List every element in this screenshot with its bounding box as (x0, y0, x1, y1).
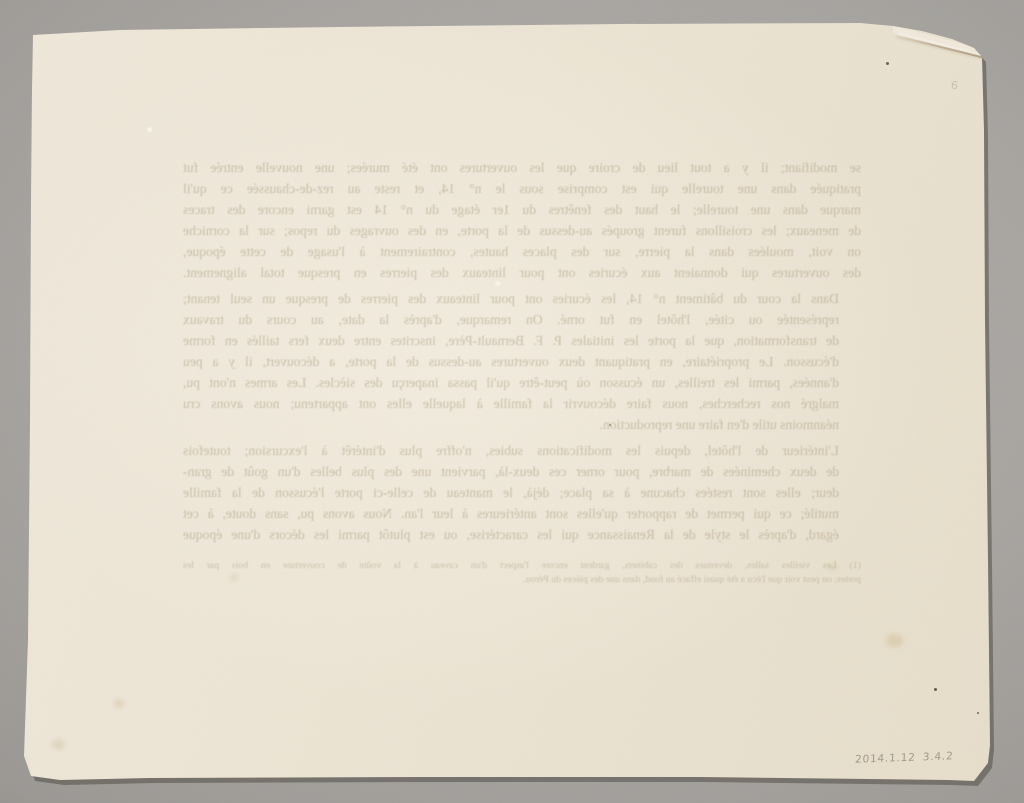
bleed-line: L'intérieur de l'hôtel, depuis les modif… (183, 440, 861, 461)
bleed-line: d'écusson. Le propriétaire, en pratiquan… (183, 351, 861, 372)
pencil-accession-number: 2014.1.12 3.4.2 (855, 750, 954, 765)
foxing-spot (114, 699, 124, 708)
foxing-spot (828, 564, 837, 571)
foxing-spot (230, 574, 238, 581)
bleed-line: néanmoins utile d'en faire une reproduct… (183, 414, 861, 435)
bleed-paragraph-3: L'intérieur de l'hôtel, depuis les modif… (183, 440, 861, 545)
bleed-line: Dans la cour du bâtiment n° 14, les écur… (183, 288, 861, 309)
bleed-line: représentée ou citée, l'hôtel en fut orn… (183, 309, 861, 330)
bleed-line: d'années, parmi les treilles, un écusson… (183, 372, 861, 393)
ink-speck (977, 712, 979, 714)
bleed-through-text: se modifiant; il y a tout lieu de croire… (183, 152, 861, 586)
bleed-paragraph-1: se modifiant; il y a tout lieu de croire… (183, 157, 861, 283)
footnote-line: portes; on peut voir que l'écu a été qua… (264, 573, 861, 587)
bleed-line: se modifiant; il y a tout lieu de croire… (183, 157, 861, 178)
bleed-line: pratiquée dans une tourelle qui est comp… (183, 178, 861, 199)
bleed-line: deur; elles sont restées chacune à sa pl… (183, 482, 861, 503)
scanned-photo: se modifiant; il y a tout lieu de croire… (0, 0, 1024, 803)
footnote-line: (1) Les vieilles salles, devenues des ca… (183, 559, 861, 573)
bleed-line: malgré nos recherches, nous faire découv… (183, 393, 861, 414)
paper-speck (147, 127, 152, 132)
foxing-spot (886, 634, 903, 647)
document-sheet-verso: se modifiant; il y a tout lieu de croire… (0, 0, 1024, 803)
bleed-line: égard, d'après le style de la Renaissanc… (183, 524, 861, 545)
bleed-line: des ouvertures qui donnaient aux écuries… (183, 262, 861, 283)
ink-speck (609, 424, 611, 426)
ink-speck (886, 62, 889, 65)
ink-speck (934, 688, 937, 691)
bleed-line: on voit, moulées dans la pierre, sur des… (183, 241, 861, 262)
bleed-line: mutilé; ce qui permet de rapporter qu'el… (183, 503, 861, 524)
bleed-line: de deux cheminées de marbre, pour orner … (183, 461, 861, 482)
foxing-spot (52, 739, 65, 750)
bleed-line: de transformation, que la porte les init… (183, 330, 861, 351)
bleed-paragraph-2: Dans la cour du bâtiment n° 14, les écur… (183, 288, 861, 435)
pencil-corner-mark: 6 (950, 79, 959, 93)
bleed-line: marque dans une tourelle; le haut des fe… (183, 199, 861, 220)
bleed-footnote: (1) Les vieilles salles, devenues des ca… (183, 559, 861, 586)
bleed-line: de meneaux; les croisillons furent group… (183, 220, 861, 241)
paper-speck (495, 281, 501, 286)
